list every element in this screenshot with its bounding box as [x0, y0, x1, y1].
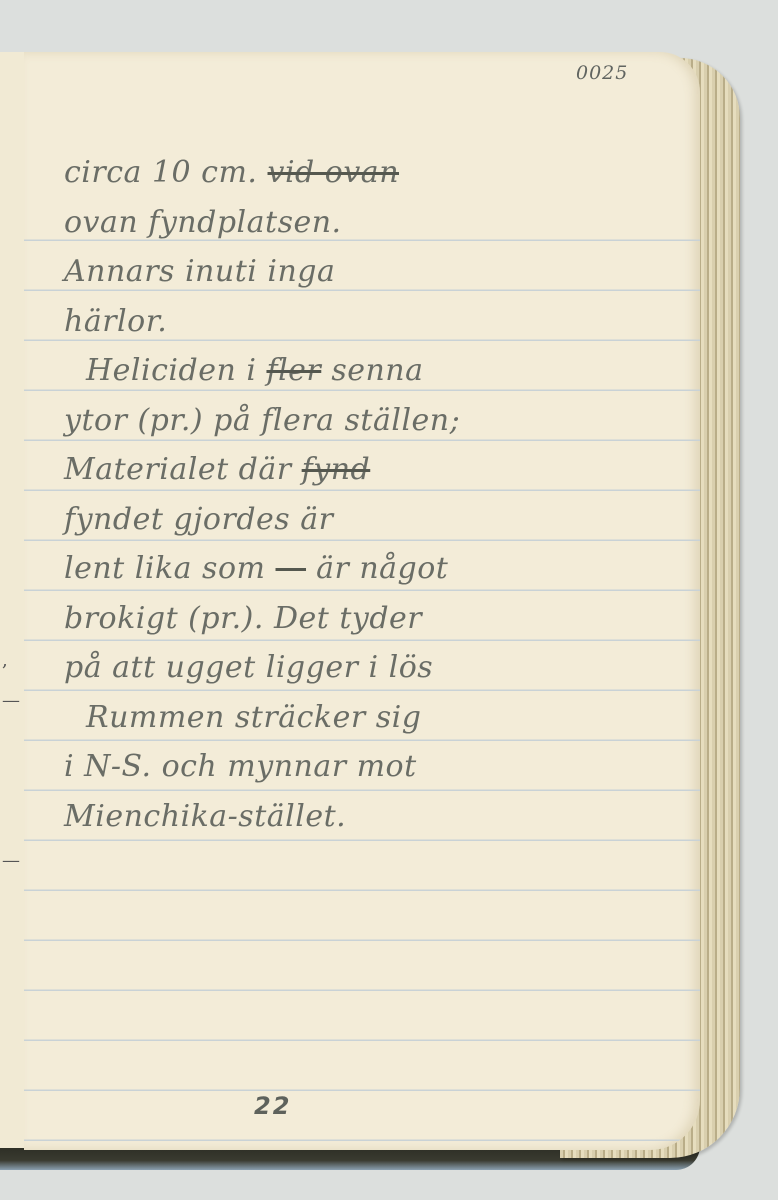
text-line: Annars inuti inga [64, 247, 664, 297]
text-line: brokigt (pr.). Det tyder [64, 594, 664, 644]
text-line: Materialet där fynd [64, 445, 664, 495]
text-line: i N-S. och mynnar mot [64, 742, 664, 792]
text-line: Heliciden i fler senna [64, 346, 664, 396]
text-line: på att ugget ligger i lös [64, 643, 664, 693]
text-line: lent lika som — är något [64, 544, 664, 594]
archive-number: 0025 [576, 62, 628, 84]
text-line: fyndet gjordes är [64, 495, 664, 545]
facing-page-marks: , — — [2, 650, 22, 871]
handwritten-text: circa 10 cm. vid ovan ovan fyndplatsen. … [64, 148, 664, 841]
text-line: circa 10 cm. vid ovan [64, 148, 664, 198]
struck-word: vid ovan [268, 155, 400, 190]
notebook-page: 0025 circa 10 cm. vid ovan ovan fyndplat… [24, 52, 700, 1150]
text-line: härlor. [64, 297, 664, 347]
text-line: Mienchika-stället. [64, 792, 664, 842]
text-line: ovan fyndplatsen. [64, 198, 664, 248]
struck-word: fler [266, 353, 321, 388]
struck-word: — [276, 551, 307, 586]
page-number: 22 [254, 1092, 291, 1120]
text-line: Rummen sträcker sig [64, 693, 664, 743]
text-line: ytor (pr.) på flera ställen; [64, 396, 664, 446]
struck-word: fynd [302, 452, 371, 487]
